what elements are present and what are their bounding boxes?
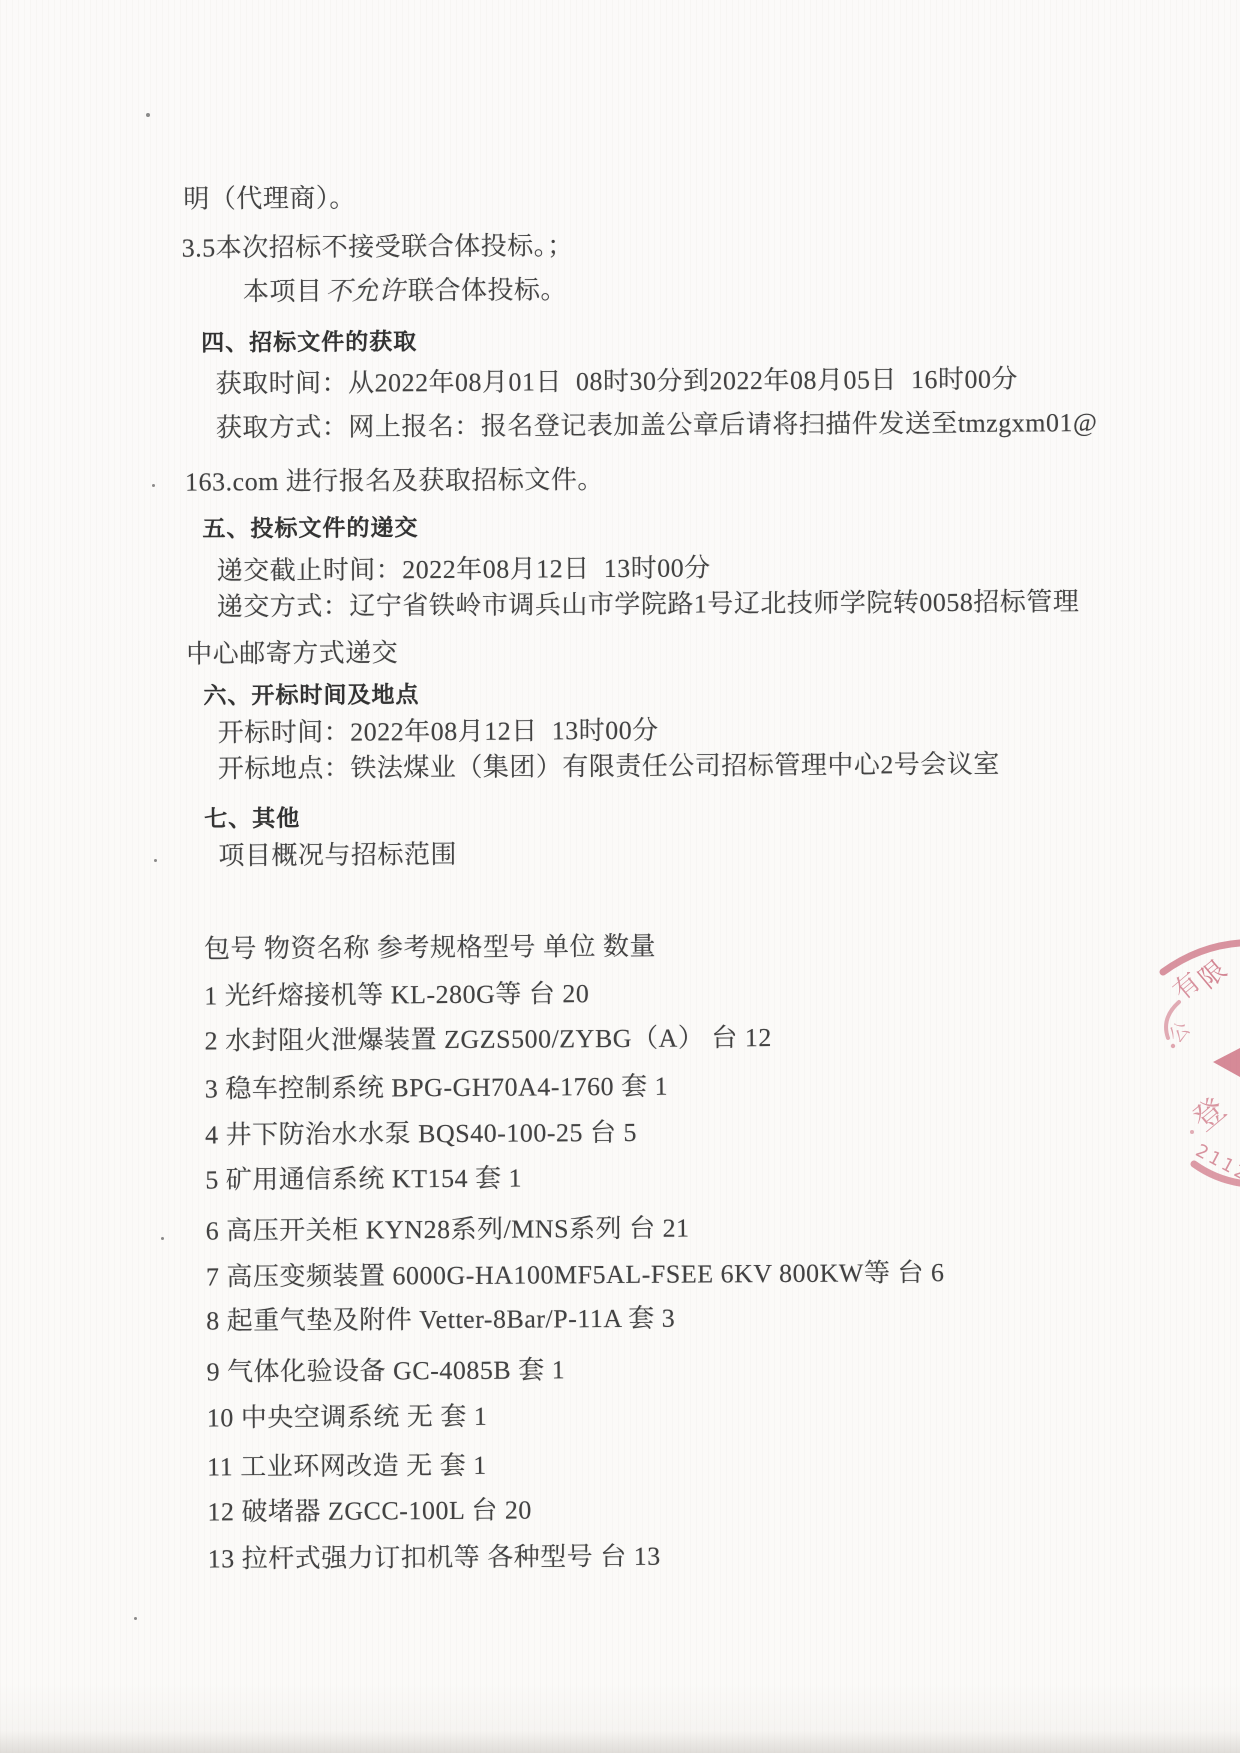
section4-heading: 四、招标文件的获取: [201, 327, 417, 358]
section4-acquire-time: 获取时间：从2022年08月01日 08时30分到2022年08月05日 16时…: [215, 364, 1018, 401]
joint-bid-note-suffix: 联合体投标。: [408, 275, 567, 305]
scan-speck: [134, 1617, 137, 1620]
scan-bottom-edge: [0, 1731, 1240, 1753]
section4-acquire-method-line1: 获取方式：网上报名：报名登记表加盖公章后请将扫描件发送至tmzgxm01@: [216, 407, 1098, 444]
table-row: 5 矿用通信系统 KT154 套 1: [205, 1163, 522, 1197]
document-text-layer: 明（代理商）。 3.5本次招标不接受联合体投标。； 本项目不允许联合体投标。 四…: [0, 0, 1240, 1753]
section5-deadline: 递交截止时间：2022年08月12日 13时00分: [217, 552, 711, 587]
scan-speck: [152, 484, 155, 487]
table-row: 9 气体化验设备 GC-4085B 套 1: [206, 1354, 565, 1388]
section5-method-line1: 递交方式：辽宁省铁岭市调兵山市学院路1号辽北技师学院转0058招标管理: [217, 586, 1080, 623]
table-row: 7 高压变频装置 6000G-HA100MF5AL-FSEE 6KV 800KW…: [206, 1257, 945, 1294]
table-header-row: 包号 物资名称 参考规格型号 单位 数量: [204, 931, 656, 966]
table-row: 3 稳车控制系统 BPG-GH70A4-1760 套 1: [205, 1071, 668, 1106]
table-row: 2 水封阻火泄爆装置 ZGZS500/ZYBG（A） 台 12: [204, 1022, 771, 1057]
table-row: 1 光纤熔接机等 KL-280G等 台 20: [204, 978, 589, 1012]
section6-open-place: 开标地点：铁法煤业（集团）有限责任公司招标管理中心2号会议室: [218, 749, 1000, 786]
table-row: 6 高压开关柜 KYN28系列/MNS系列 台 21: [206, 1213, 690, 1248]
seal-dot-upper: [1171, 1044, 1175, 1048]
joint-bid-note: 本项目不允许联合体投标。: [243, 274, 567, 308]
scan-speck: [161, 1237, 164, 1240]
section7-heading: 七、其他: [204, 804, 300, 835]
table-row: 11 工业环网改造 无 套 1: [207, 1450, 487, 1484]
table-row: 10 中央空调系统 无 套 1: [207, 1401, 488, 1435]
section6-open-time: 开标时间：2022年08月12日 13时00分: [218, 715, 659, 750]
section5-heading: 五、投标文件的递交: [202, 513, 418, 544]
section6-heading: 六、开标时间及地点: [203, 680, 419, 711]
joint-bid-note-emphasis: 不允许: [325, 276, 405, 305]
scan-speck: [146, 113, 150, 117]
section5-method-line2: 中心邮寄方式递交: [186, 637, 398, 670]
seal-star-point: [1213, 1048, 1240, 1077]
company-seal-stamp: 有 限 公 登 2112: [1155, 930, 1240, 1200]
joint-bid-note-prefix: 本项目: [243, 277, 323, 306]
clause-3-5: 3.5本次招标不接受联合体投标。；: [182, 230, 574, 264]
scan-speck: [154, 859, 157, 862]
materials-table: 包号 物资名称 参考规格型号 单位 数量1 光纤熔接机等 KL-280G等 台 …: [0, 0, 1238, 1]
table-row: 8 起重气垫及附件 Vetter-8Bar/P-11A 套 3: [206, 1303, 675, 1338]
table-row: 4 井下防治水水泵 BQS40-100-25 台 5: [205, 1117, 637, 1152]
table-row: 12 破堵器 ZGCC-100L 台 20: [207, 1495, 532, 1529]
seal-dot-lower: [1190, 1130, 1194, 1134]
section7-subtitle: 项目概况与招标范围: [218, 839, 457, 872]
section4-acquire-method-line2: 163.com 进行报名及获取招标文件。: [185, 464, 604, 499]
table-row: 13 拉杆式强力订扣机等 各种型号 台 13: [208, 1541, 661, 1576]
scanned-document-page: 明（代理商）。 3.5本次招标不接受联合体投标。； 本项目不允许联合体投标。 四…: [0, 0, 1240, 1753]
paragraph-tail: 明（代理商）。: [183, 183, 356, 216]
